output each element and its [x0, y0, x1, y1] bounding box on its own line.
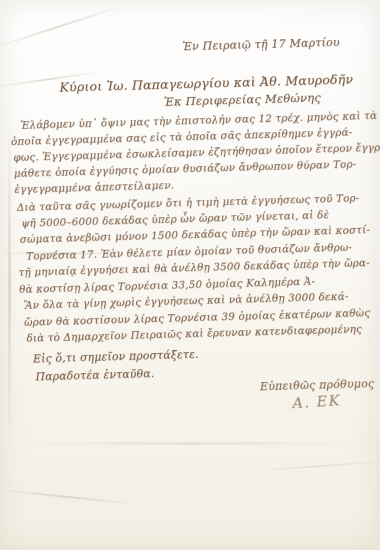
date-line: Ἐν Πειραιῷ τῇ 17 Μαρτίου: [182, 36, 340, 53]
handwriting-layer: Ἐν Πειραιῷ τῇ 17 Μαρτίου Κύριοι Ἰω. Παπα…: [0, 0, 380, 550]
signature: Α. ΕΚ: [292, 393, 342, 412]
recipient-line-2: Ἐκ Περιφερείας Μεθώνης: [164, 90, 321, 108]
closing-line-1: Εἰς ὅ,τι σημεῖον προστάξετε.: [33, 348, 199, 366]
closing-line-2: Παραδοτέα ἐνταῦθα.: [35, 367, 154, 383]
body-line: ἐγγεγραμμένα ἀπεστείλαμεν.: [14, 179, 174, 195]
valediction: Εὐπειθῶς πρόθυμος: [260, 377, 375, 393]
letter-paper: Ἐν Πειραιῷ τῇ 17 Μαρτίου Κύριοι Ἰω. Παπα…: [0, 0, 380, 550]
